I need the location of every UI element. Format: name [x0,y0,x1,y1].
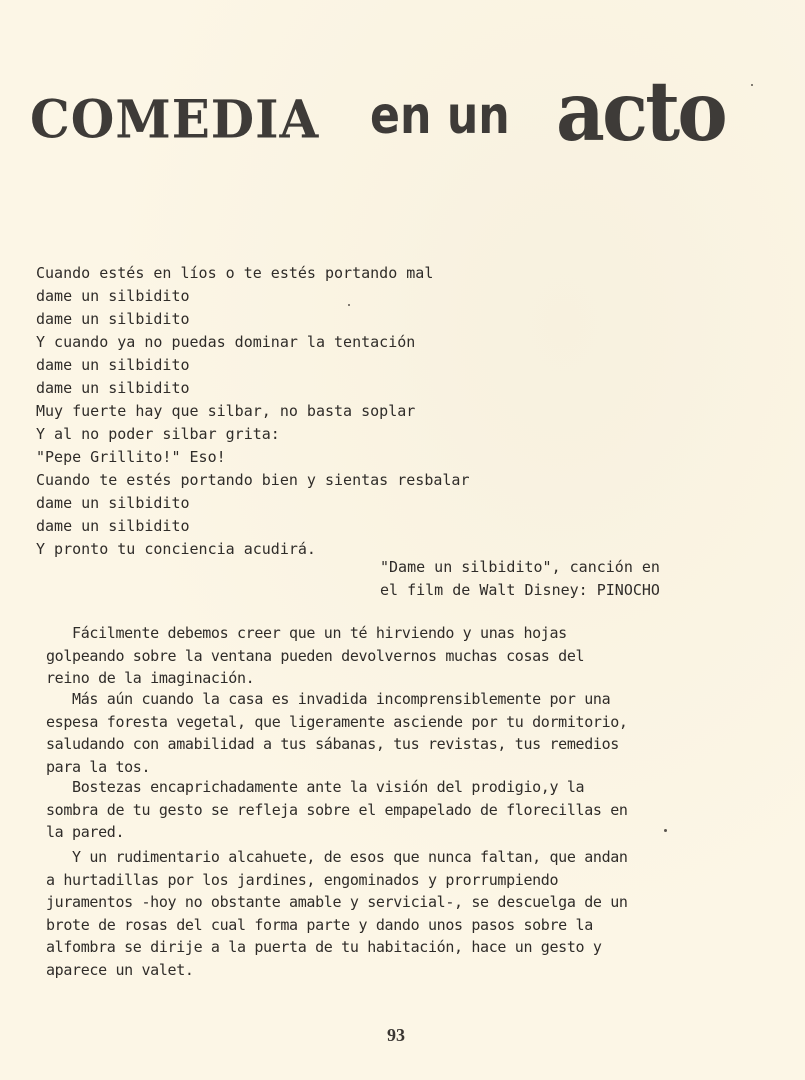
scan-speck [751,84,753,86]
paragraph-line: Fácilmente debemos creer que un té hirvi… [46,622,781,645]
title-en-un: en un [370,86,510,146]
title-comedia: COMEDIA [30,88,319,150]
lyric-line: Muy fuerte hay que silbar, no basta sopl… [36,400,469,423]
paragraph-line: alfombra se dirije a la puerta de tu hab… [46,936,781,959]
lyric-line: Y al no poder silbar grita: [36,423,469,446]
lyric-line: Cuando te estés portando bien y sientas … [36,469,469,492]
song-lyrics: Cuando estés en líos o te estés portando… [36,262,469,561]
lyric-line: dame un silbidito [36,377,469,400]
lyric-line: dame un silbidito [36,515,469,538]
paragraph-line: golpeando sobre la ventana pueden devolv… [46,645,781,668]
paragraph: Más aún cuando la casa es invadida incom… [46,688,781,778]
paragraph: Bostezas encaprichadamente ante la visió… [46,776,781,844]
paragraph-line: juramentos -hoy no obstante amable y ser… [46,891,781,914]
paragraph-line: la pared. [46,821,781,844]
paragraph-line: aparece un valet. [46,959,781,982]
paragraph-line: a hurtadillas por los jardines, engomina… [46,869,781,892]
lyrics-attribution: "Dame un silbidito", canción en el film … [380,556,660,602]
document-page: COMEDIA en un acto Cuando estés en líos … [0,0,805,1080]
lyric-line: Y cuando ya no puedas dominar la tentaci… [36,331,469,354]
attribution-line: el film de Walt Disney: PINOCHO [380,579,660,602]
scan-speck [348,304,350,306]
paragraph-line: sombra de tu gesto se refleja sobre el e… [46,799,781,822]
paragraph-line: brote de rosas del cual forma parte y da… [46,914,781,937]
page-number: 93 [387,1025,405,1046]
paragraph: Fácilmente debemos creer que un té hirvi… [46,622,781,690]
paragraph-line: Y un rudimentario alcahuete, de esos que… [46,846,781,869]
paragraph-line: espesa foresta vegetal, que ligeramente … [46,711,781,734]
lyric-line: dame un silbidito [36,492,469,515]
lyric-line: "Pepe Grillito!" Eso! [36,446,469,469]
lyric-line: dame un silbidito [36,308,469,331]
paragraph: Y un rudimentario alcahuete, de esos que… [46,846,781,981]
paragraph-line: Bostezas encaprichadamente ante la visió… [46,776,781,799]
title-acto: acto [556,64,725,160]
lyric-line: dame un silbidito [36,354,469,377]
paragraph-line: reino de la imaginación. [46,667,781,690]
attribution-line: "Dame un silbidito", canción en [380,556,660,579]
scan-speck [664,829,667,832]
paragraph-line: saludando con amabilidad a tus sábanas, … [46,733,781,756]
paragraph-line: Más aún cuando la casa es invadida incom… [46,688,781,711]
lyric-line: Cuando estés en líos o te estés portando… [36,262,469,285]
lyric-line: dame un silbidito [36,285,469,308]
paragraph-line: para la tos. [46,756,781,779]
